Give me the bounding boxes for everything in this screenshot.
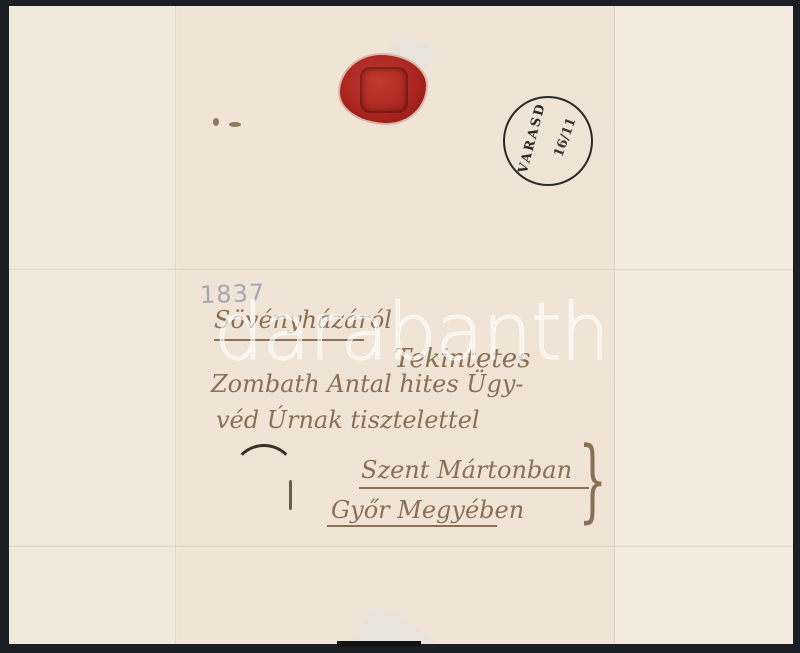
underline	[359, 487, 589, 489]
address-line-town: Szent Mártonban	[361, 456, 572, 484]
fold-line-right	[614, 6, 616, 644]
address-line-county: Győr Megyében	[331, 496, 524, 524]
ink-stain	[213, 118, 219, 126]
wax-seal	[340, 55, 426, 123]
underline	[327, 525, 497, 527]
watermark-text: darabanth	[214, 288, 609, 378]
postmark-date: 16/11	[551, 116, 579, 160]
fold-line-left	[175, 6, 177, 644]
address-brace: }	[578, 436, 607, 526]
fold-line-lower	[9, 546, 793, 548]
letter-cover: VARASD 16/11 1837 Sövényházáról Tekintet…	[9, 6, 793, 644]
address-line-title: véd Úrnak tisztelettel	[216, 406, 480, 434]
bottom-notch	[337, 641, 421, 647]
seal-emboss	[360, 67, 408, 113]
partial-postmark-arc	[231, 444, 297, 510]
partial-postmark-stroke	[289, 480, 292, 510]
postmark-stamp: VARASD 16/11	[503, 96, 593, 186]
ink-stain	[229, 122, 241, 127]
right-flap	[615, 6, 793, 644]
fold-line-upper	[9, 269, 793, 271]
postmark-town: VARASD	[516, 104, 549, 175]
left-flap	[9, 6, 175, 644]
